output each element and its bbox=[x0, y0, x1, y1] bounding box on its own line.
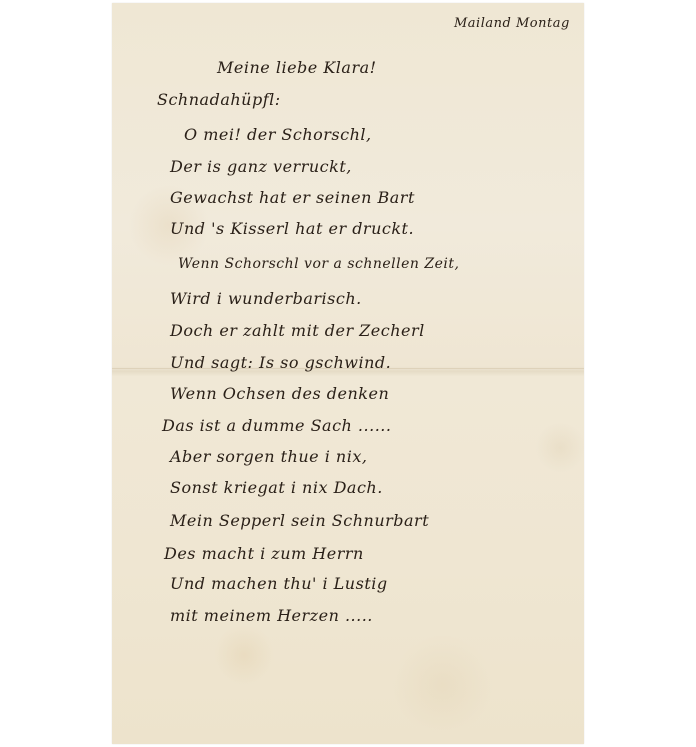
poem-line: Wenn Ochsen des denken bbox=[170, 384, 389, 403]
letter-page: Mailand Montag Meine liebe Klara! Schnad… bbox=[112, 3, 584, 744]
poem-heading: Schnadahüpfl: bbox=[157, 90, 281, 109]
poem-line: Und machen thu' i Lustig bbox=[170, 574, 388, 593]
poem-line: Das ist a dumme Sach ...... bbox=[162, 416, 391, 435]
poem-line: Sonst kriegat i nix Dach. bbox=[170, 478, 383, 497]
poem-line: Und 's Kisserl hat er druckt. bbox=[170, 219, 414, 238]
poem-line: Der is ganz verruckt, bbox=[170, 157, 352, 176]
place-date-line: Mailand Montag bbox=[454, 16, 570, 31]
salutation: Meine liebe Klara! bbox=[217, 58, 377, 77]
poem-line: Gewachst hat er seinen Bart bbox=[170, 188, 415, 207]
poem-line: Aber sorgen thue i nix, bbox=[170, 447, 367, 466]
poem-line: Wird i wunderbarisch. bbox=[170, 289, 362, 308]
poem-line: Und sagt: Is so gschwind. bbox=[170, 353, 391, 372]
poem-line: mit meinem Herzen ..... bbox=[170, 606, 373, 625]
poem-line: Doch er zahlt mit der Zecherl bbox=[170, 321, 425, 340]
poem-line: O mei! der Schorschl, bbox=[184, 125, 372, 144]
document-viewer: Mailand Montag Meine liebe Klara! Schnad… bbox=[0, 0, 696, 747]
poem-line: Mein Sepperl sein Schnurbart bbox=[170, 511, 429, 530]
poem-line: Des macht i zum Herrn bbox=[164, 544, 364, 563]
poem-line: Wenn Schorschl vor a schnellen Zeit, bbox=[178, 256, 459, 272]
